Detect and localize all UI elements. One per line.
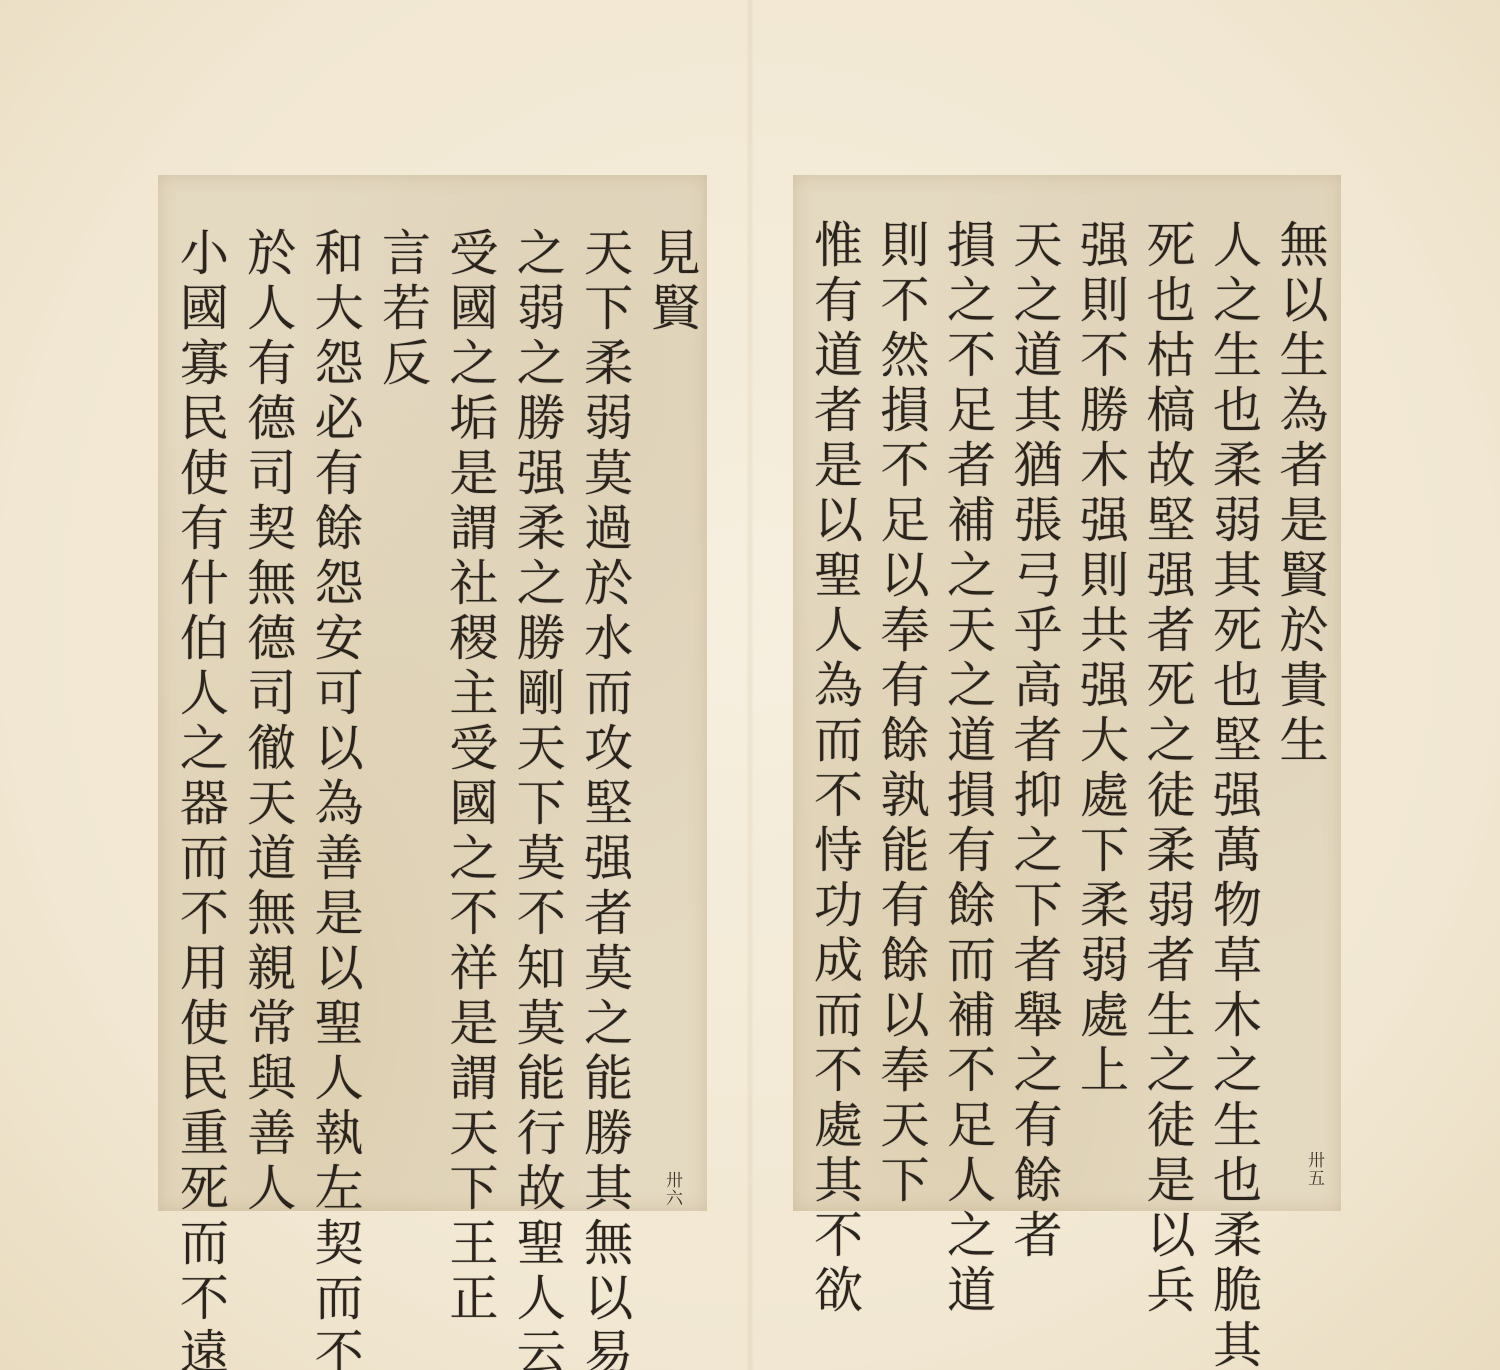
text-column: 强則不勝木强則共强大處下柔弱處上 xyxy=(1059,219,1126,1211)
text-column: 人之生也柔弱其死也堅强萬物草木之生也柔脆其 xyxy=(1192,219,1259,1211)
text-column: 天下柔弱莫過於水而攻堅强者莫之能勝其無以易 xyxy=(562,227,629,1211)
text-column: 和大怨必有餘怨安可以為善是以聖人執左契而不責 xyxy=(293,227,360,1211)
left-leaf-columns: 見賢 天下柔弱莫過於水而攻堅强者莫之能勝其無以易 之弱之勝强柔之勝剛天下莫不知莫… xyxy=(158,175,697,1211)
text-column: 之弱之勝强柔之勝剛天下莫不知莫能行故聖人云 xyxy=(495,227,562,1211)
text-column: 言若反 xyxy=(360,227,427,1211)
left-leaf: 見賢 天下柔弱莫過於水而攻堅强者莫之能勝其無以易 之弱之勝强柔之勝剛天下莫不知莫… xyxy=(158,175,707,1211)
text-column: 死也枯槁故堅强者死之徒柔弱者生之徒是以兵 xyxy=(1126,219,1193,1211)
text-column: 無以生為者是賢於貴生 xyxy=(1259,219,1326,1211)
folio-number: 卅五 xyxy=(1302,1151,1327,1187)
right-leaf: 無以生為者是賢於貴生 人之生也柔弱其死也堅强萬物草木之生也柔脆其 死也枯槁故堅强… xyxy=(793,175,1341,1211)
text-column: 見賢 xyxy=(630,227,697,1211)
right-leaf-columns: 無以生為者是賢於貴生 人之生也柔弱其死也堅强萬物草木之生也柔脆其 死也枯槁故堅强… xyxy=(793,175,1325,1211)
folio-number: 卅六 xyxy=(660,1171,685,1207)
text-column: 惟有道者是以聖人為而不恃功成而不處其不欲 xyxy=(793,219,860,1211)
text-column: 則不然損不足以奉有餘孰能有餘以奉天下 xyxy=(860,219,927,1211)
text-column: 受國之垢是謂社稷主受國之不祥是謂天下王正 xyxy=(428,227,495,1211)
text-column: 天之道其猶張弓乎高者抑之下者舉之有餘者 xyxy=(993,219,1060,1211)
text-column: 小國寡民使有什伯人之器而不用使民重死而不遠徙 xyxy=(158,227,225,1211)
text-column: 損之不足者補之天之道損有餘而補不足人之道 xyxy=(926,219,993,1211)
text-column: 於人有德司契無德司徹天道無親常與善人 xyxy=(225,227,292,1211)
center-fold xyxy=(746,0,754,1370)
